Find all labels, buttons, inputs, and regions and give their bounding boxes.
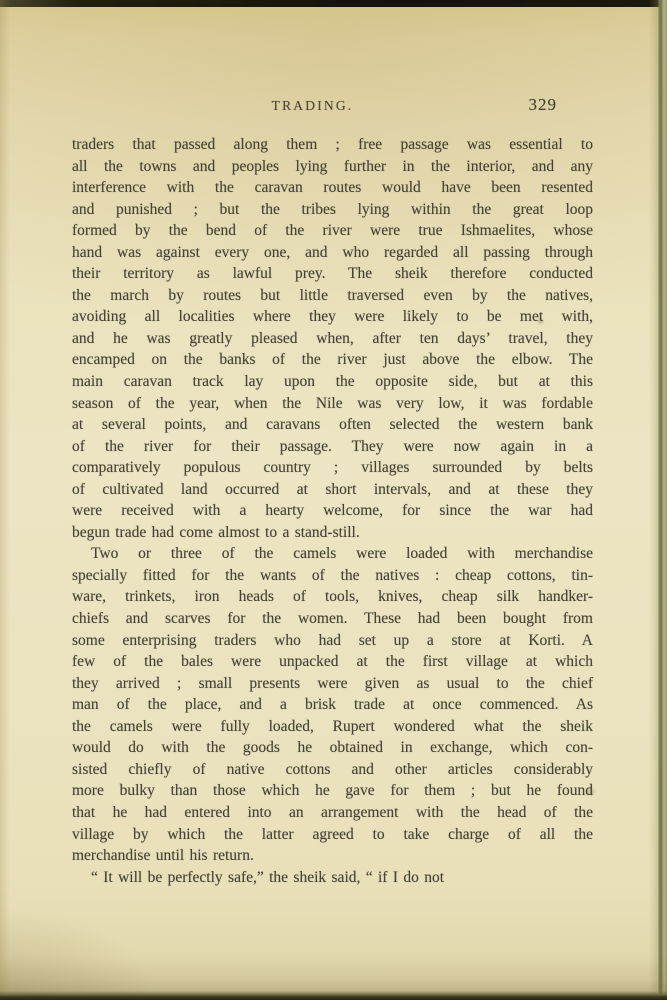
scan-edge-top [0, 0, 667, 7]
text-line: “ It will be perfectly safe,” the sheik … [72, 867, 593, 889]
text-line: Two or three of the camels were loaded w… [72, 543, 593, 565]
text-line: comparatively populous country ; village… [72, 457, 593, 479]
scanned-book-page: TRADING. 329 traders that passed along t… [0, 0, 667, 1000]
text-line: all the towns and peoples lying further … [72, 156, 593, 178]
text-line: more bulky than those which he gave for … [72, 780, 593, 802]
text-line: at several points, and caravans often se… [72, 414, 593, 436]
page-header: TRADING. 329 [72, 95, 593, 115]
text-line: that he had entered into an arrangement … [72, 802, 593, 824]
text-line: they arrived ; small presents were given… [72, 673, 593, 695]
text-line: their territory as lawful prey. The shei… [72, 263, 593, 285]
text-line: traders that passed along them ; free pa… [72, 134, 593, 156]
running-header-title: TRADING. [272, 98, 354, 114]
text-line: and punished ; but the tribes lying with… [72, 199, 593, 221]
page-edge-right [649, 0, 667, 1000]
text-line: some enterprising traders who had set up… [72, 630, 593, 652]
text-line: hand was against every one, and who rega… [72, 242, 593, 264]
text-line: were received with a hearty welcome, for… [72, 500, 593, 522]
text-line: of the river for their passage. They wer… [72, 436, 593, 458]
text-line: formed by the bend of the river were tru… [72, 220, 593, 242]
text-line: main caravan track lay upon the opposite… [72, 371, 593, 393]
text-line: and he was greatly pleased when, after t… [72, 328, 593, 350]
text-line: chiefs and scarves for the women. These … [72, 608, 593, 630]
text-line: encamped on the banks of the river just … [72, 349, 593, 371]
text-line: the camels were fully loaded, Rupert won… [72, 716, 593, 738]
text-line: season of the year, when the Nile was ve… [72, 393, 593, 415]
text-line: ware, trinkets, iron heads of tools, kni… [72, 586, 593, 608]
text-line: would do with the goods he obtained in e… [72, 737, 593, 759]
page-edge-bottom [0, 954, 667, 1000]
text-line: sisted chiefly of native cottons and oth… [72, 759, 593, 781]
page-number: 329 [529, 95, 558, 115]
text-line: interference with the caravan routes wou… [72, 177, 593, 199]
scan-edge-left [0, 0, 10, 1000]
text-line: avoiding all localities where they were … [72, 306, 593, 328]
text-line: of cultivated land occurred at short int… [72, 479, 593, 501]
text-line: specially fitted for the wants of the na… [72, 565, 593, 587]
text-line: village by which the latter agreed to ta… [72, 824, 593, 846]
text-line: the march by routes but little traversed… [72, 285, 593, 307]
text-line: few of the bales were unpacked at the fi… [72, 651, 593, 673]
text-line: begun trade had come almost to a stand-s… [72, 522, 593, 544]
text-line: man of the place, and a brisk trade at o… [72, 694, 593, 716]
text-line: merchandise until his return. [72, 845, 593, 867]
page-body: traders that passed along them ; free pa… [72, 134, 593, 888]
